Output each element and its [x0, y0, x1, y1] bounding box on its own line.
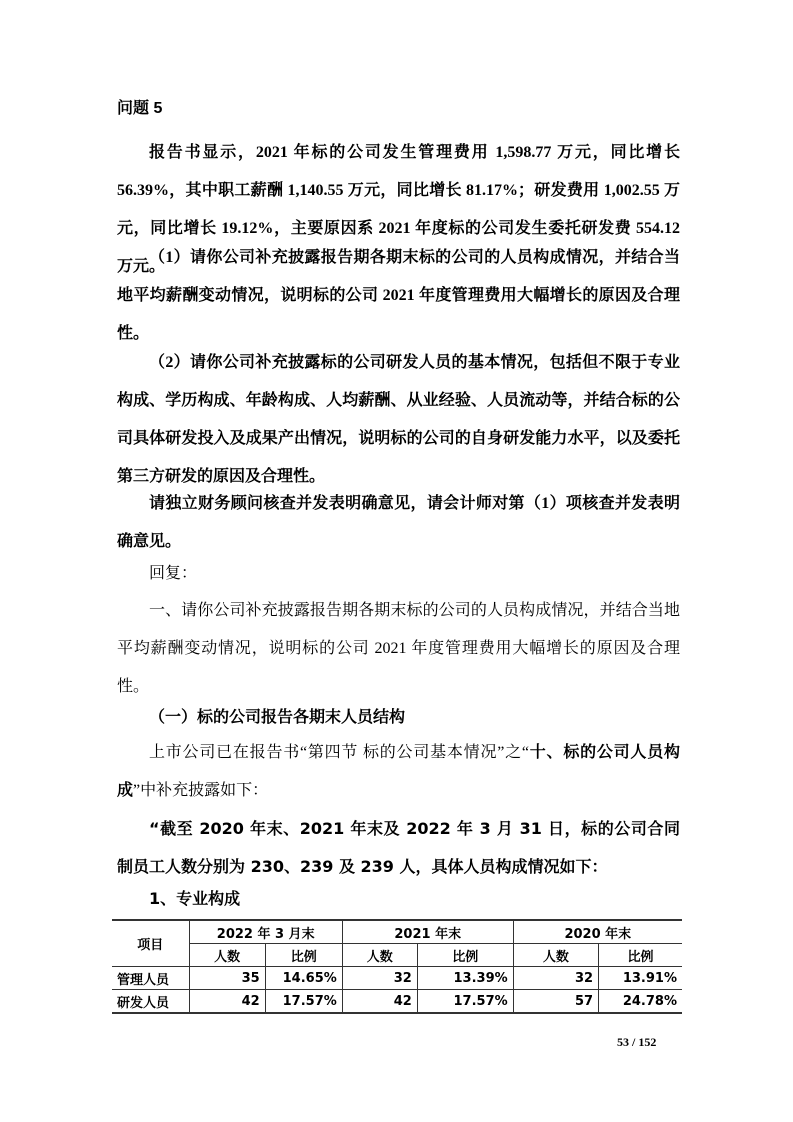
header-period-2020: 2020 年末: [513, 920, 682, 944]
disclosure-suffix: ”中补充披露如下：: [133, 782, 268, 799]
disclosure-paragraph: 上市公司已在报告书“第四节 标的公司基本情况”之“十、标的公司人员构成”中补充披…: [117, 734, 680, 810]
question-item-1: （1）请你公司补充披露报告期各期末标的公司的人员构成情况，并结合当地平均薪酬变动…: [117, 239, 680, 353]
cell-count: 42: [342, 990, 417, 1014]
row-label: 研发人员: [112, 990, 189, 1014]
subsection-title: （一）标的公司报告各期末人员结构: [117, 698, 680, 736]
subheader-ratio: 比例: [599, 944, 682, 967]
cell-count: 35: [189, 967, 265, 990]
subheader-count: 人数: [342, 944, 417, 967]
table-row: 管理人员 35 14.65% 32 13.39% 32 13.91%: [112, 967, 682, 990]
cell-ratio: 17.57%: [417, 990, 513, 1014]
subheader-ratio: 比例: [417, 944, 513, 967]
subheader-count: 人数: [513, 944, 598, 967]
header-period-2022-q1: 2022 年 3 月末: [189, 920, 342, 944]
header-item: 项目: [112, 920, 189, 967]
reply-section-one: 一、请你公司补充披露报告期各期末标的公司的人员构成情况，并结合当地平均薪酬变动情…: [117, 592, 680, 706]
question-item-2: （2）请你公司补充披露标的公司研发人员的基本情况，包括但不限于专业构成、学历构成…: [117, 344, 680, 496]
cell-count: 57: [513, 990, 598, 1014]
page-number: 53 / 152: [617, 1035, 656, 1050]
staff-composition-table-wrapper: 项目 2022 年 3 月末 2021 年末 2020 年末 人数 比例 人数 …: [112, 919, 682, 1014]
subheader-ratio: 比例: [265, 944, 342, 967]
document-page: 问题 5 报告书显示，2021 年标的公司发生管理费用 1,598.77 万元，…: [0, 0, 793, 1122]
verification-request: 请独立财务顾问核查并发表明确意见，请会计师对第（1）项核查并发表明确意见。: [117, 485, 680, 561]
header-period-2021: 2021 年末: [342, 920, 513, 944]
table-subheader-row: 人数 比例 人数 比例 人数 比例: [112, 944, 682, 967]
table-row: 研发人员 42 17.57% 42 17.57% 57 24.78%: [112, 990, 682, 1014]
question-title: 问题 5: [117, 97, 162, 121]
cell-count: 32: [342, 967, 417, 990]
employee-count-quote: “截至 2020 年末、2021 年末及 2022 年 3 月 31 日，标的公…: [117, 810, 680, 886]
row-label: 管理人员: [112, 967, 189, 990]
cell-ratio: 24.78%: [599, 990, 682, 1014]
cell-ratio: 17.57%: [265, 990, 342, 1014]
cell-ratio: 14.65%: [265, 967, 342, 990]
cell-count: 32: [513, 967, 598, 990]
cell-count: 42: [189, 990, 265, 1014]
cell-ratio: 13.91%: [599, 967, 682, 990]
reply-label: 回复：: [117, 555, 680, 593]
disclosure-prefix: 上市公司已在报告书“第四节 标的公司基本情况”之“: [149, 744, 529, 761]
cell-ratio: 13.39%: [417, 967, 513, 990]
list-title-professional-composition: 1、专业构成: [117, 880, 680, 918]
subheader-count: 人数: [189, 944, 265, 967]
staff-composition-table: 项目 2022 年 3 月末 2021 年末 2020 年末 人数 比例 人数 …: [112, 919, 682, 1014]
table-header-row: 项目 2022 年 3 月末 2021 年末 2020 年末: [112, 920, 682, 944]
